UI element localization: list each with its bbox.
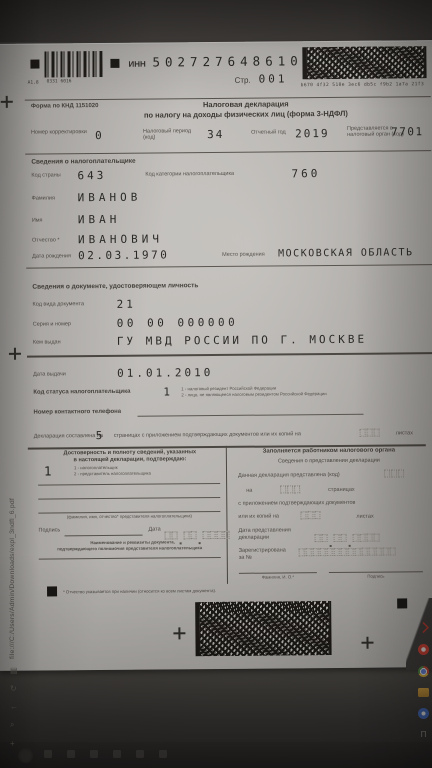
taskbar-icons-row (44, 750, 167, 758)
series-value: 00 00 000000 (117, 316, 239, 330)
issue-date-value: 01.01.2010 (117, 366, 213, 380)
pages-suffix: листах (396, 430, 413, 436)
identity-section-title: Сведения о документе, удостоверяющем лич… (32, 282, 198, 290)
birthplace-label: Место рождения (222, 252, 265, 259)
official-subtitle: Сведения о представлении декларации (234, 457, 424, 465)
pages-count: 5 (96, 429, 103, 442)
official-sign-caption: Подпись (329, 573, 423, 579)
surname-value: ИВАНОВ (78, 191, 142, 205)
document-icon[interactable]: ▤ (10, 666, 18, 675)
edge-icon[interactable] (418, 708, 429, 719)
desktop-top-strip (0, 0, 432, 42)
back-icon[interactable]: ← (10, 702, 18, 711)
blank-line[interactable] (39, 556, 221, 560)
issued-by-label: Кем выдан (33, 339, 61, 346)
registration-square (30, 60, 39, 69)
taskbar-icon[interactable] (67, 750, 75, 758)
form-title-line2: по налогу на доходы физических лиц (форм… (65, 108, 427, 120)
patronymic-label: Отчество * (32, 237, 60, 244)
opera-icon[interactable] (418, 644, 429, 655)
divider (27, 352, 432, 358)
series-label: Серия и номер (33, 321, 71, 328)
status-note2: 2 - лицо, не являющееся налоговым резиде… (181, 391, 326, 398)
birthdate-value: 02.03.1970 (78, 248, 169, 262)
correction-value: 0 (95, 129, 102, 142)
period-label: Налоговый период (код) (143, 128, 195, 141)
registered-cells (299, 547, 396, 556)
authority-value: 7701 (391, 125, 424, 138)
year-value: 2019 (295, 127, 330, 140)
confirm-value: 1 (44, 463, 52, 478)
doc-type-value: 21 (116, 298, 135, 311)
registration-cross (1, 96, 13, 108)
official-fio-caption: Фамилия, И. О.* (239, 574, 317, 580)
registration-cross (173, 627, 185, 639)
inn-label: ИНН (128, 60, 145, 69)
confirm-note2: 2 - представитель налогоплательщика (74, 471, 151, 477)
monitor-photo: 0331 6016 A1.8 ИНН 502727648610 Стр. 001… (0, 0, 432, 768)
pages-middle: страницах с приложением подтверждающих д… (114, 431, 301, 439)
reload-icon[interactable]: ↻ (10, 684, 18, 693)
period-value: 34 (207, 128, 224, 141)
submit-date-label-line1: Дата представления (239, 527, 291, 534)
signature-label: Подпись (38, 527, 60, 534)
copies-label: или их копий на (238, 513, 279, 520)
barcode-2d-bottom (195, 601, 331, 656)
registration-cross (361, 637, 373, 649)
registration-square (110, 59, 119, 68)
attach-label: с приложением подтверждающих документов (238, 500, 355, 507)
phone-blank-line[interactable] (138, 413, 364, 417)
birthdate-label: Дата рождения (32, 253, 71, 260)
taskbar-icon-stack: П (418, 622, 429, 739)
chrome-icon[interactable] (418, 666, 429, 677)
chevron-icon[interactable] (418, 622, 429, 633)
pages-prefix: Декларация составлена на (34, 433, 103, 440)
folder-icon[interactable] (418, 688, 429, 697)
status-label: Код статуса налогоплательщика (33, 389, 130, 397)
category-label: Код категории налогоплательщика (145, 171, 234, 178)
barcode-2d-caption: b670 4f32 510e 3ec6 db5c f9b2 1a7a 21f3 (301, 82, 425, 88)
column-divider (226, 446, 228, 584)
correction-label: Номер корректировки (31, 129, 87, 136)
barcode-code: A1.8 (28, 81, 39, 86)
birthplace-value: МОСКОВСКАЯ ОБЛАСТЬ (278, 247, 413, 259)
official-title: Заполняется работником налогового органа (234, 447, 424, 455)
firstname-label: Имя (32, 218, 43, 224)
official-sheets-label: листах (356, 514, 373, 520)
on-label: на (246, 488, 252, 494)
fio-caption: (фамилия, имя, отчество* представителя н… (38, 513, 220, 520)
country-value: 643 (77, 169, 106, 182)
taskbar-icon[interactable] (136, 750, 144, 758)
divider (25, 150, 431, 155)
submitted-label: Данная декларация представлена (код) (238, 472, 378, 480)
start-button[interactable] (18, 748, 33, 763)
submit-date-label-line2: декларации (239, 535, 269, 542)
taskbar-icon[interactable] (159, 750, 167, 758)
category-value: 760 (291, 167, 320, 180)
copies-cells (300, 511, 320, 519)
pages-cells (280, 485, 300, 493)
inn-value: 502727648610 (152, 53, 302, 69)
surname-label: Фамилия (32, 195, 55, 202)
page-number-label: Стр. (235, 76, 251, 85)
official-pages-label: страницах (328, 487, 355, 494)
blank-line[interactable] (38, 482, 220, 486)
taskbar-icon[interactable] (90, 750, 98, 758)
registration-cross (9, 348, 21, 360)
year-label: Отчетный год (251, 129, 286, 136)
taskbar-icon[interactable] (44, 750, 52, 758)
submitted-cells (384, 469, 404, 477)
firstname-value: ИВАН (78, 213, 121, 226)
phone-label: Номер контактного телефона (33, 409, 121, 417)
issue-date-label: Дата выдачи (33, 371, 66, 378)
plus-icon[interactable]: + (10, 739, 18, 748)
country-label: Код страны (31, 172, 60, 179)
browser-address-bar[interactable]: file:///C:/Users/Admin/Downloads/expl_3n… (9, 444, 16, 659)
barcode-2d (302, 46, 426, 79)
window-label[interactable]: П (420, 730, 426, 739)
taskbar-icon[interactable] (113, 750, 121, 758)
patronymic-value: ИВАНОВИЧ (78, 232, 163, 246)
registration-square (47, 586, 57, 596)
status-value: 1 (163, 385, 170, 398)
browser-nav-icons: ▤ ↻ ← ⌕ + (10, 666, 18, 748)
issued-by-value: ГУ МВД РОССИИ ПО Г. МОСКВЕ (117, 333, 367, 348)
divider (26, 264, 432, 269)
doc-caption-line2: подтверждающего полномочия представителя… (39, 545, 221, 552)
barcode-digits: 0331 6016 (47, 79, 72, 84)
search-icon[interactable]: ⌕ (10, 720, 18, 730)
signature-line[interactable] (65, 534, 143, 537)
taxpayer-section-title: Сведения о налогоплательщике (31, 158, 135, 166)
sheets-cells (360, 429, 380, 437)
footnote: * Отчество указывается при наличии (отно… (63, 588, 216, 595)
registered-label-line1: Зарегистрирована (239, 547, 286, 554)
registered-label-line2: за № (239, 555, 252, 561)
submit-date-cells (315, 529, 380, 548)
page-number-value: 001 (259, 72, 288, 85)
document-page: 0331 6016 A1.8 ИНН 502727648610 Стр. 001… (0, 40, 432, 671)
doc-type-label: Код вида документа (33, 301, 85, 308)
date-label: Дата (148, 527, 160, 533)
blank-line[interactable] (38, 496, 220, 500)
confirm-title-line2: в настоящей декларации, подтверждаю: (38, 456, 222, 464)
barcode-1d (44, 51, 102, 78)
